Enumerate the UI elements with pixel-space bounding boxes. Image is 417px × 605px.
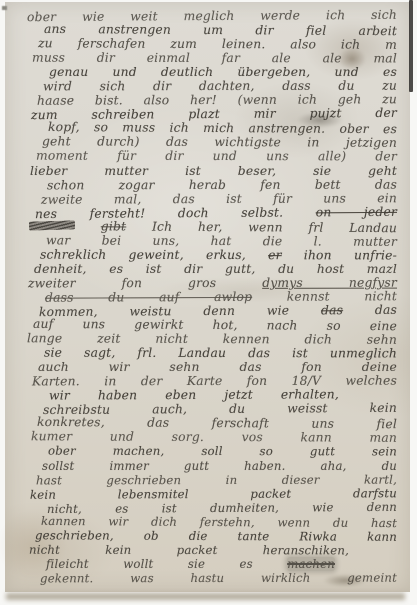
letter-lines: ober wie weit meglich werde ich sichans … — [27, 9, 397, 585]
letter-text: sollst immer gutt haben. aha, du — [42, 459, 397, 473]
letter-line: auch wir sehn das fon deine — [27, 360, 397, 374]
letter-line: wird sich dir dachten, dass du zu — [27, 79, 397, 94]
letter-text: gekennt. was hastu wirklich gemeint — [40, 570, 397, 585]
letter-line: Karten. in der Karte fon 18/V welches — [27, 374, 397, 389]
letter-line: lange zeit nicht kennen dich sehn — [27, 331, 397, 347]
letter-text: genau und deutlich übergeben, und es — [49, 65, 397, 79]
letter-line: sollst immer gutt haben. aha, du — [27, 459, 397, 473]
letter-text: wird sich dir dachten, dass du zu — [43, 79, 397, 94]
letter-text: zweiter fon gros — [28, 276, 262, 290]
letter-line: ober machen, soll so gutt sein — [27, 444, 397, 459]
letter-text: kein lebensmitel packet darfstu — [30, 486, 397, 502]
scanned-letter: ober wie weit meglich werde ich sichans … — [0, 0, 417, 605]
letter-line: muss dir einmal far ale ale mal — [27, 51, 397, 66]
letter-line: kein lebensmitel packet darfstu — [27, 486, 397, 502]
letter-line: sie sagt, frl. Landau das ist unmeglich — [27, 346, 397, 361]
letter-line: gibt Ich her, wenn frl Landau — [27, 219, 397, 235]
letter-text: dymys negfysr — [262, 276, 397, 290]
letter-text: schon zogar herab fen bett das — [47, 177, 397, 192]
letter-line: schon zogar herab fen bett das — [27, 177, 397, 192]
letter-text: nicht, es ist dumheiten, wie denn — [47, 499, 397, 515]
letter-text: kannen wir dich ferstehn, wenn du hast — [41, 514, 397, 530]
letter-line: lieber mutter ist beser, sie geht — [27, 164, 397, 178]
letter-line: denheit, es ist dir gutt, du host mazl — [27, 262, 397, 276]
letter-line: zweite mal, das ist für uns ein — [27, 191, 397, 207]
letter-text: hast geschrieben in dieser kartl, — [36, 472, 397, 487]
letter-line: gekennt. was hastu wirklich gemeint — [27, 570, 397, 585]
letter-line: war bei uns, hat die l. mutter — [27, 233, 397, 249]
letter-text: Ich her, wenn frl Landau — [126, 219, 397, 235]
letter-text: fileicht wollt sie es — [46, 557, 287, 571]
scan-shadow — [6, 593, 405, 600]
letter-line: nicht kein packet heranschiken, — [27, 542, 349, 557]
letter-line: kannen wir dich ferstehn, wenn du hast — [27, 514, 397, 530]
scan-corner-mark — [2, 6, 7, 10]
letter-text: das — [321, 303, 343, 317]
letter-line: zweiter fon gros dymys negfysr — [27, 276, 397, 291]
letter-text: denheit, es ist dir gutt, du host mazl — [34, 262, 397, 276]
letter-text — [75, 219, 101, 233]
letter-text: muss dir einmal far ale ale mal — [32, 51, 397, 66]
letter-text: zu ferschafen zum leinen. also ich m — [38, 36, 397, 52]
letter-text: lieber mutter ist beser, sie geht — [30, 164, 397, 178]
letter-text: Karten. in der Karte fon 18/V welches — [32, 374, 397, 389]
letter-text: on jeder — [316, 204, 397, 219]
letter-text: war bei uns, hat die l. mutter — [46, 233, 397, 248]
letter-text: zweite mal, das ist für uns ein — [41, 191, 397, 206]
letter-text: er — [268, 248, 282, 262]
letter-text: auch wir sehn das fon deine — [38, 360, 397, 374]
letter-paper: ober wie weit meglich werde ich sichans … — [5, 2, 410, 592]
letter-line: schreklich geweint, erkus, er ihon unfri… — [27, 247, 397, 262]
letter-line: zu ferschafen zum leinen. also ich m — [27, 36, 397, 52]
letter-text: dass du auf awlop — [45, 290, 252, 305]
letter-line: genau und deutlich übergeben, und es — [27, 65, 397, 79]
letter-text: lange zeit nicht kennen dich sehn — [27, 331, 397, 347]
scan-edge — [409, 0, 413, 92]
letter-text: moment für dir und uns alle) der — [36, 149, 397, 164]
letter-text: machen — [287, 557, 335, 571]
letter-text: ihon unfrie- — [282, 248, 397, 262]
letter-text: geschrieben, ob die tante Riwka kann — [35, 528, 397, 544]
letter-text: das — [343, 303, 397, 317]
ink-scribble — [29, 220, 75, 230]
letter-line: hast geschrieben in dieser kartl, — [27, 472, 397, 487]
letter-line: moment für dir und uns alle) der — [27, 149, 397, 164]
letter-text: nicht kein packet heranschiken, — [29, 542, 349, 557]
letter-text: ober machen, soll so gutt sein — [48, 444, 397, 459]
letter-line: geschrieben, ob die tante Riwka kann — [27, 528, 397, 544]
letter-text: kennst nicht — [252, 289, 397, 304]
letter-text: schreklich geweint, erkus, — [40, 247, 268, 261]
letter-text: sie sagt, frl. Landau das ist unmeglich — [44, 346, 397, 361]
letter-line: fileicht wollt sie es machen — [27, 557, 335, 571]
letter-text: gibt — [101, 219, 127, 233]
